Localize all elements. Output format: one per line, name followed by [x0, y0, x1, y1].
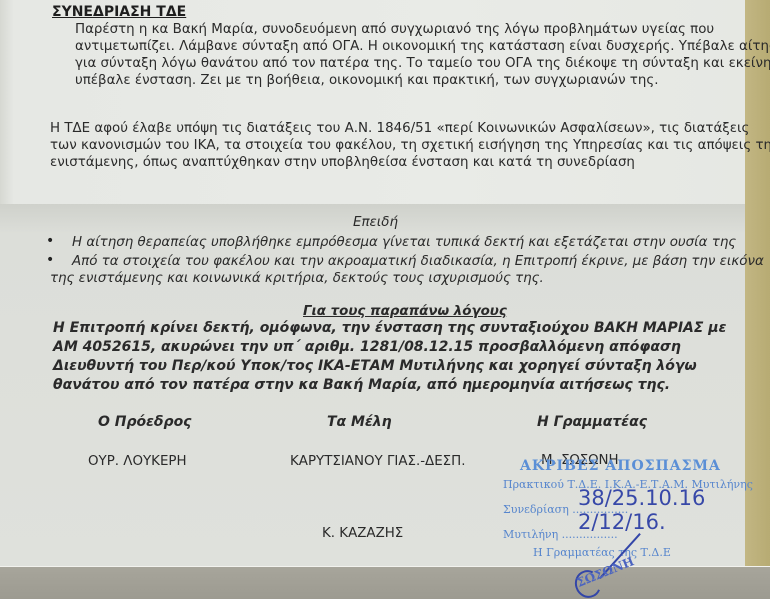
secretary-title: Η Γραμματέας [537, 414, 647, 431]
stamp-footer: Η Γραμματέας της Τ.Δ.Ε [533, 546, 671, 559]
paragraph-line: ενιστάμενης, όπως αναπτύχθηκαν στην υποβ… [50, 154, 695, 171]
member2-name: Κ. ΚΑΖΑΖΗΣ [322, 525, 403, 542]
chair-title: Ο Πρόεδρος [98, 414, 191, 431]
paragraph-line: των κανονισμών του ΙΚΑ, τα στοιχεία του … [50, 137, 695, 154]
paragraph-line: για σύνταξη λόγω θανάτου από τον πατέρα … [75, 55, 675, 72]
paragraph-line: Παρέστη η κα Βακή Μαρία, συνοδευόμενη απ… [75, 21, 675, 38]
paragraph-line: αντιμετωπίζει. Λάμβανε σύνταξη από ΟΓΑ. … [75, 38, 675, 55]
member1-name: ΚΑΡΥΤΣΙΑΝΟΥ ΓΙΑΣ.-ΔΕΣΠ. [290, 453, 465, 470]
decision-line: Διευθυντή του Περ/κού Υποκ/τος ΙΚΑ-ΕΤΑΜ … [53, 357, 643, 376]
handwritten-session: 38/25.10.16 [578, 486, 705, 510]
reasons-heading: Για τους παραπάνω λόγους [303, 303, 507, 320]
bullet-item-continuation: της ενιστάμενης και κοινωνικά κριτήρια, … [50, 270, 544, 287]
paragraph-line: Η ΤΔΕ αφού έλαβε υπόψη τις διατάξεις του… [50, 120, 695, 137]
considerations-paragraph: Η ΤΔΕ αφού έλαβε υπόψη τις διατάξεις του… [50, 120, 695, 171]
bullet-item: Η αίτηση θεραπείας υποβλήθηκε εμπρόθεσμα… [72, 234, 736, 251]
bullet-marker: • [46, 252, 54, 268]
paragraph-line: υπέβαλε ένσταση. Ζει με τη βοήθεια, οικο… [75, 72, 675, 89]
certified-copy-stamp: ΑΚΡΙΒΕΣ ΑΠΟΣΠΑΣΜΑ Πρακτικού Τ.Δ.Ε. Ι.Κ.Α… [480, 458, 730, 568]
decision-line: Η Επιτροπή κρίνει δεκτή, ομόφωνα, την έν… [53, 319, 643, 338]
paper-lower-fold [0, 566, 770, 599]
chair-name: ΟΥΡ. ΛΟΥΚΕΡΗ [88, 453, 187, 470]
bullet-item: Από τα στοιχεία του φακέλου και την ακρο… [72, 253, 708, 270]
hearing-paragraph: Παρέστη η κα Βακή Μαρία, συνοδευόμενη απ… [75, 21, 675, 89]
bullet-marker: • [46, 233, 54, 249]
stamp-heading: ΑΚΡΙΒΕΣ ΑΠΟΣΠΑΣΜΑ [520, 458, 721, 474]
section-title: ΣΥΝΕΔΡΙΑΣΗ ΤΔΕ [52, 4, 186, 21]
decision-line: θανάτου από τον πατέρα στην κα Βακή Μαρί… [53, 376, 643, 395]
handwritten-date: 2/12/16. [578, 510, 666, 534]
decision-line: ΑΜ 4052615, ακυρώνει την υπ΄ αριθμ. 1281… [53, 338, 643, 357]
whereas-heading: Επειδή [353, 214, 398, 231]
members-title: Τα Μέλη [327, 414, 392, 431]
decision-paragraph: Η Επιτροπή κρίνει δεκτή, ομόφωνα, την έν… [53, 319, 643, 395]
